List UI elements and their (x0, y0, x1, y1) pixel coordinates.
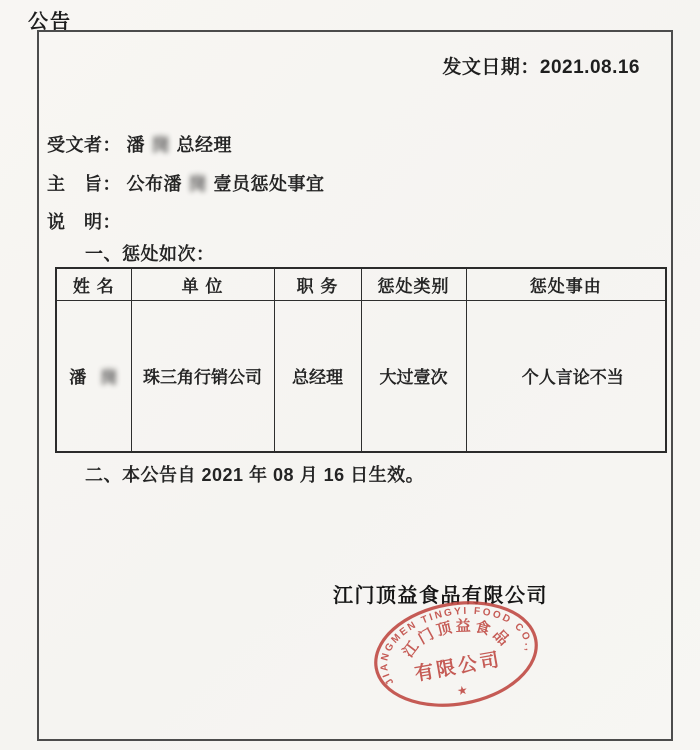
cell-name-redacted: 岗 (100, 363, 117, 388)
subject-label: 主 旨： (47, 174, 121, 194)
subject-suffix: 壹员惩处事宜 (214, 174, 325, 194)
table-header-row: 姓 名 单 位 职 务 惩处类别 惩处事由 (56, 268, 666, 300)
seal-star-icon: ★ (456, 683, 469, 699)
recipient-label: 受文者： (47, 135, 121, 155)
punishment-table: 姓 名 单 位 职 务 惩处类别 惩处事由 潘 岗 珠三角行销公司 总经理 大过… (55, 267, 667, 453)
recipient-name-redacted: 岗 (152, 131, 171, 157)
document-page: 公告 发文日期：2021.08.16 受文者： 潘 岗 总经理 主 旨： 公布潘… (0, 0, 700, 750)
header-category: 惩处类别 (361, 268, 466, 300)
issue-date: 发文日期：2021.08.16 (442, 52, 640, 79)
header-reason: 惩处事由 (466, 268, 666, 300)
subject-line: 主 旨： 公布潘 岗 壹员惩处事宜 (47, 170, 325, 196)
recipient-name: 潘 (127, 135, 146, 155)
cell-reason: 个人言论不当 (466, 300, 666, 452)
recipient-title: 总经理 (177, 135, 233, 155)
cell-category: 大过壹次 (361, 300, 466, 452)
cell-position: 总经理 (274, 300, 361, 452)
recipient-line: 受文者： 潘 岗 总经理 (47, 131, 232, 157)
seal-svg: JIANGMEN TINGYI FOOD CO., LTD. 江门顶益食品 有限… (368, 599, 544, 709)
cell-unit: 珠三角行销公司 (131, 300, 274, 452)
header-position: 职 务 (274, 268, 361, 300)
cell-name: 潘 岗 (56, 300, 131, 452)
header-name: 姓 名 (56, 268, 131, 300)
explanation-label: 说 明： (47, 208, 121, 234)
clause-1: 一、惩处如次： (85, 240, 215, 266)
subject-prefix: 公布潘 (127, 174, 183, 194)
table-row: 潘 岗 珠三角行销公司 总经理 大过壹次 个人言论不当 (56, 300, 666, 452)
clause-2: 二、本公告自 2021 年 08 月 16 日生效。 (85, 461, 424, 487)
cell-name-visible: 潘 (69, 363, 86, 388)
header-unit: 单 位 (131, 268, 274, 300)
seal-center-text: 有限公司 (413, 647, 504, 685)
company-seal-stamp: JIANGMEN TINGYI FOOD CO., LTD. 江门顶益食品 有限… (368, 599, 544, 709)
subject-name-redacted: 岗 (189, 170, 208, 196)
